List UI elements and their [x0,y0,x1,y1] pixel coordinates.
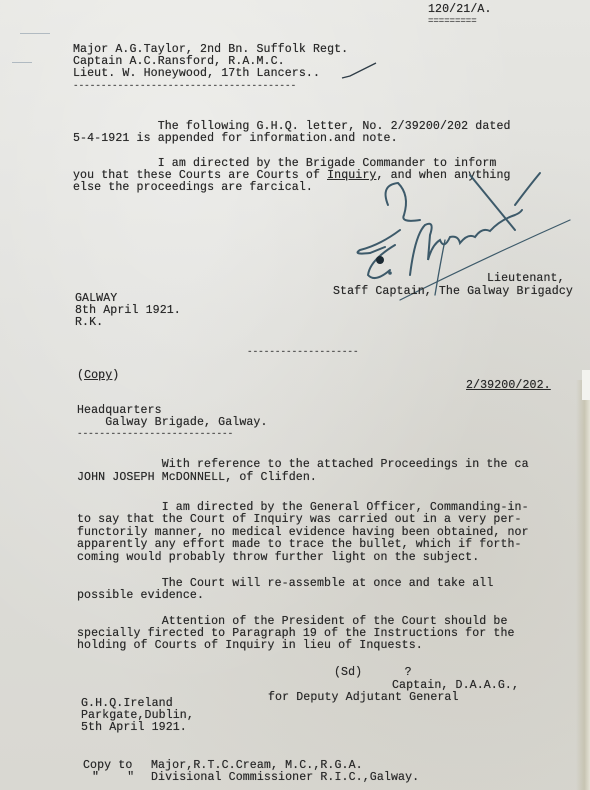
paper-tear [582,370,590,400]
document-page: 120/21/A. ========= Major A.G.Taylor, 2n… [0,0,590,790]
initials: R.K. [75,317,103,330]
cover-para1-line2: 5-4-1921 is appended for information.and… [73,133,398,146]
ditto-marks: " " [92,772,134,785]
signatory-rank: Lieutenant, [487,273,565,286]
copy-para2-line4: apparently any effort made to trace the … [77,539,522,552]
signed-marker: (Sd) ? [334,667,412,680]
copy-para2-line2: to say that the Court of Inquiry was car… [77,514,522,527]
cover-para2-line3: else the proceedings are farcical. [73,182,313,195]
addressee-3: Lieut. W. Honeywood, 17th Lancers.. [73,68,320,81]
copy-para1-line1: With reference to the attached Proceedin… [77,459,529,472]
reference-rule: ========= [428,15,477,28]
addressee-rule: ---------------------------------------- [73,80,296,93]
section-separator: -------------------- [247,346,359,359]
origin-line3: 5th April 1921. [81,722,187,735]
recipient-rule: ---------------------------- [77,428,233,441]
copy-para2-line5: coming would probably throw further ligh… [77,552,479,565]
check-mark-icon [340,60,380,82]
paper-edge-shadow [576,380,590,790]
copy-para4-line3: holding of Courts of Inquiry in lieu of … [77,640,423,653]
copy-signatory-for: for Deputy Adjutant General [268,692,459,705]
stray-mark [20,33,50,34]
copy-reference: 2/39200/202. [466,380,551,393]
signatory-title: Staff Captain, The Galway Brigadcy [333,286,573,299]
copy-label-text: Copy [84,369,112,382]
stray-mark [12,62,32,63]
copy-to-2: Divisional Commissioner R.I.C.,Galway. [151,772,419,785]
copy-label: (Copy) [77,370,119,383]
copy-para3-line2: possible evidence. [77,590,204,603]
copy-para1-line2: JOHN JOSEPH McDONNELL, of Clifden. [77,472,317,485]
